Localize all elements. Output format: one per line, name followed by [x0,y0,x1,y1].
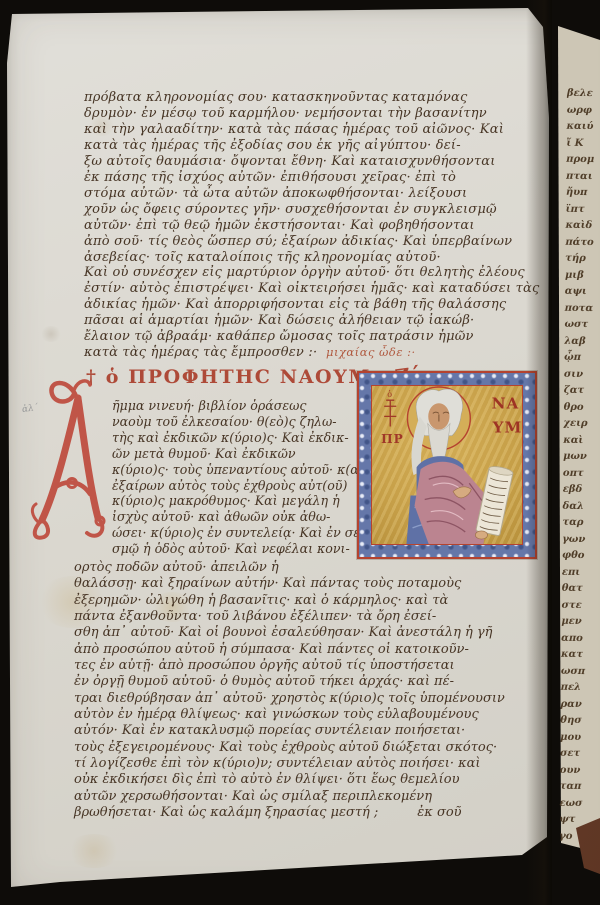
adjacent-text-fragment: ραν [560,696,600,713]
nahum-column-block: ῆμμα νινευή· βιβλίον ὁράσεωςναοὺμ τοῦ ἐλ… [112,398,360,557]
adjacent-text-fragment: οπτ [563,465,600,482]
text-line: στόμα αὐτῶν· τὰ ὦτα αὐτῶν ἀποκωφθήσονται… [84,186,534,202]
prophet-monogram: ΠΡ [381,432,404,446]
adjacent-text-fragment: αψι [565,284,600,301]
adjacent-text-fragment: σετ [560,746,600,763]
adjacent-text-fragment: ζατ [564,383,600,400]
text-line: ἀσεβείας· τοῖς καταλοίποις τῆς κληρονομί… [84,250,534,266]
manuscript-photograph: πρόβατα κληρονομίας σου· κατασκηνοῦντας … [0,0,600,905]
adjacent-text-fragment: ουν [560,762,600,779]
text-line: Καὶ οὐ συνέσχεν εἰς μαρτύριον ὀργὴν αὐτο… [84,265,534,281]
name-inscription-line2: ΥΜ [492,419,522,437]
text-line: δρυμὸν· ἐν μέσῳ τοῦ καρμήλου· νεμήσονται… [84,106,534,122]
adjacent-text-fragment: ωρφ [567,102,600,119]
micah-lines: πρόβατα κληρονομίας σου· κατασκηνοῦντας … [84,90,534,345]
name-inscription-line1: ΝΑ [492,394,520,412]
adjacent-text-fragment: επι [562,564,600,581]
adjacent-text-fragment: θατ [562,581,600,598]
manuscript-page: πρόβατα κληρονομίας σου· κατασκηνοῦντας … [0,0,600,905]
text-line: αὐτόν· Καὶ ἐν κατακλυσμῷ πορείας συντέλε… [74,723,532,739]
text-line: πᾶσαι αἱ ἁμαρτίαι ἡμῶν· Καὶ δώσεις ἀλήθε… [84,313,534,329]
text-line: τί λογίζεσθε ἐπὶ τὸν κ(ύριο)ν; συντέλεια… [74,756,532,772]
text-line: ώσει· κ(ύριο)ς ἐν συντελείᾳ· Καὶ ἐν σει- [112,525,360,541]
text-line: τοὺς ἐξεγειρομένους· Καὶ τοὺς ἐχθροὺς αὐ… [74,740,532,756]
text-line: τὴς καὶ ἐκδικῶν κ(ύριο)ς· Καὶ ἐκδικ- [112,430,360,446]
adjacent-text-fragment: ϊπτ [566,201,600,218]
text-line: ἐν ὀργῇ θυμοῦ αὐτοῦ· ὁ θυμὸς αὐτοῦ τήκει… [74,674,532,690]
adjacent-text-fragment: ταρ [562,515,600,532]
text-line: κατὰ τὰς ἡμέρας τὰς ἔμπροσθεν :· [84,345,317,360]
micah-colophon-red: μιχαίας ὧδε :· [326,345,416,359]
adjacent-text-fragment: στε [561,597,600,614]
micah-text-block: πρόβατα κληρονομίας σου· κατασκηνοῦντας … [84,90,534,361]
nahum-lines: ορτὸς ποδῶν αὐτοῦ· ἀπειλῶν ἡθαλάσσῃ· καὶ… [74,560,532,822]
left-hand [475,531,487,539]
text-line: ῶν μετὰ θυμοῦ· Καὶ ἐκδικῶν [112,446,360,462]
adjacent-text-fragment: καὶ [563,432,600,449]
text-line: οὐκ ἐκδικήσει δὶς ἐπὶ τὸ αὐτὸ ἐν θλίψει·… [74,772,532,788]
text-line: θαλάσσῃ· καὶ ξηραίνων αὐτήν· Καὶ πάντας … [74,576,532,592]
prophet-figure: ὁ ΠΡ ΝΑ ΥΜ [372,386,522,544]
adjacent-text-fragment: μιβ [565,267,600,284]
adjacent-text-fragment: χειρ [563,416,600,433]
adjacent-text-fragment: μου [560,729,600,746]
text-line: ξω αὐτοῖς θαυμάσια· ὄψονται ἔθνη· Καὶ κα… [84,154,534,170]
text-line: σθη ἀπ᾽ αὐτοῦ· Καὶ οἱ βουνοὶ ἐσαλεύθησαν… [74,625,532,641]
adjacent-text-fragment: εωσ [559,795,599,812]
text-line: ἰσχὺς αὐτοῦ· καὶ ἀθωῶν οὐκ ἀθω- [112,509,360,525]
adjacent-text-fragment: ποτα [565,300,600,317]
adjacent-text-fragment: βελε [567,86,600,103]
adjacent-text-fragment: θησ [560,713,600,730]
text-line: αὐτὸν ἐν ἡμέρᾳ θλίψεως· καὶ γινώσκων τοὺ… [74,707,532,723]
adjacent-text-fragment: γων [562,531,600,548]
text-line: πάντα ἐξανθοῦντα· τοῦ λιβάνου ἐξέλιπεν· … [74,609,532,625]
adjacent-text-fragment: ἴ Κ [566,135,600,152]
text-line: ἀδικίας ἡμῶν· Καὶ ἀπορριφήσονται εἰς τὰ … [84,297,534,313]
text-line: ἀπὸ προσώπου αὐτοῦ ἡ σύμπασα· Καὶ πάντες… [74,642,532,658]
text-line: τραι διεθρύβησαν ἀπ᾽ αὐτοῦ· χρηστὸς κ(ύρ… [74,691,532,707]
adjacent-text-fragment: ἤυπ [566,185,600,202]
nahum-text-block: ορτὸς ποδῶν αὐτοῦ· ἀπειλῶν ἡθαλάσσῃ· καὶ… [74,560,532,822]
nahum-column-lines: ῆμμα νινευή· βιβλίον ὁράσεωςναοὺμ τοῦ ἐλ… [112,398,360,557]
text-line: ἔλαιον τῷ ἀβραάμ· καθάπερ ὤμοσας τοῖς πα… [84,329,534,345]
adjacent-text-fragment: δαλ [562,498,600,515]
prophet-miniature: ὁ ΠΡ ΝΑ ΥΜ [357,371,537,559]
text-line: ἀπὸ σοῦ· τίς θεὸς ὥσπερ σύ; ἐξαίρων ἀδικ… [84,234,534,250]
adjacent-text-fragment: λαβ [564,333,600,350]
adjacent-text-fragment: ωσπ [561,663,600,680]
text-line: καὶ τὴν γαλααδίτην· κατὰ τὰς πάσας ἡμέρα… [84,122,534,138]
text-line: ἐξερημῶν· ὠλιγώθη ἡ βασανῖτις· καὶ ὁ κάρ… [74,593,532,609]
adjacent-text-fragment: προμ [566,152,600,169]
ornamental-initial-lambda [24,370,110,560]
text-line: χοῦν ὡς ὄφεις σύροντες γῆν· συσχεθήσοντα… [84,202,534,218]
adjacent-text-fragment: θρο [564,399,600,416]
text-line: ἐξαίρων αὐτὸς τοὺς ἐχθροὺς αὐτ(οῦ) [112,478,360,494]
text-line: ἐστίν· αὐτὸς ἐπιστρέψει· Καὶ οἰκτειρήσει… [84,281,534,297]
adjacent-page-text: βελεωρφκαιύἴ Κπρομπταιἤυπϊπτκαὶδπάτοτήρμ… [559,86,600,846]
parchment-stain [40,326,62,342]
miniature-gold-field: ὁ ΠΡ ΝΑ ΥΜ [371,385,523,545]
adjacent-text-fragment: απο [561,630,600,647]
parchment-stain [66,834,122,868]
adjacent-text-fragment: καὶδ [565,218,600,235]
adjacent-text-fragment: εβδ [563,482,600,499]
text-line: αὐτῶν χερσωθήσονται· Καὶ ὡς σμίλαξ περιπ… [74,789,532,805]
text-line: σμῷ ἡ ὁδὸς αὐτοῦ· Καὶ νεφέλαι κονι- [112,541,360,557]
adjacent-text-fragment: μων [563,449,600,466]
adjacent-text-fragment: ωστ [564,317,600,334]
text-line: βρωθήσεται· Καὶ ὡς καλάμη ξηρασίας μεστή… [74,805,532,821]
adjacent-text-fragment: ᾧπ [564,350,600,367]
text-line: κ(ύριο)ς· τοὺς ὑπεναντίους αὐτοῦ· κ(αὶ) [112,462,360,478]
monogram-omicron: ὁ [387,389,392,399]
text-line: πρόβατα κληρονομίας σου· κατασκηνοῦντας … [84,90,534,106]
text-line: ἐκ πάσης τῆς ἰσχύος αὐτῶν· ἐπιθήσουσι χε… [84,170,534,186]
adjacent-text-fragment: πελ [561,680,600,697]
micah-last-line: κατὰ τὰς ἡμέρας τὰς ἔμπροσθεν :· μιχαίας… [84,345,534,361]
text-line: τες ἐν αὐτῇ· ἀπὸ προσώπου ὀργῆς αὐτοῦ τί… [74,658,532,674]
adjacent-text-fragment: φθο [562,548,600,565]
adjacent-text-fragment: σιν [564,366,600,383]
text-line: κ(ύριο)ς μακρόθυμος· Καὶ μεγάλη ἡ [112,493,360,509]
text-line: κατὰ τὰς ἡμέρας τῆς ἐξοδίας σου ἐκ γῆς α… [84,138,534,154]
adjacent-text-fragment: τήρ [565,251,600,268]
adjacent-text-fragment: ταπ [560,779,600,796]
adjacent-text-fragment: κατ [561,647,600,664]
adjacent-text-fragment: πται [566,168,600,185]
text-line: αὐτῶν· ἐπὶ τῷ θεῷ ἡμῶν ἐκστήσονται· Καὶ … [84,218,534,234]
text-line: ναοὺμ τοῦ ἐλκεσαίου· θ(εὸ)ς ζηλω- [112,414,360,430]
text-line: ῆμμα νινευή· βιβλίον ὁράσεως [112,398,360,414]
adjacent-text-fragment: καιύ [566,119,600,136]
monogram-ornament [384,400,396,426]
title-text: † ὁ ΠΡΟΦΗΤΗϹ ΝΑΟΥΜ [86,366,371,388]
adjacent-text-fragment: μεν [561,614,600,631]
adjacent-text-fragment: πάτο [565,234,600,251]
text-line: ορτὸς ποδῶν αὐτοῦ· ἀπειλῶν ἡ [74,560,532,576]
